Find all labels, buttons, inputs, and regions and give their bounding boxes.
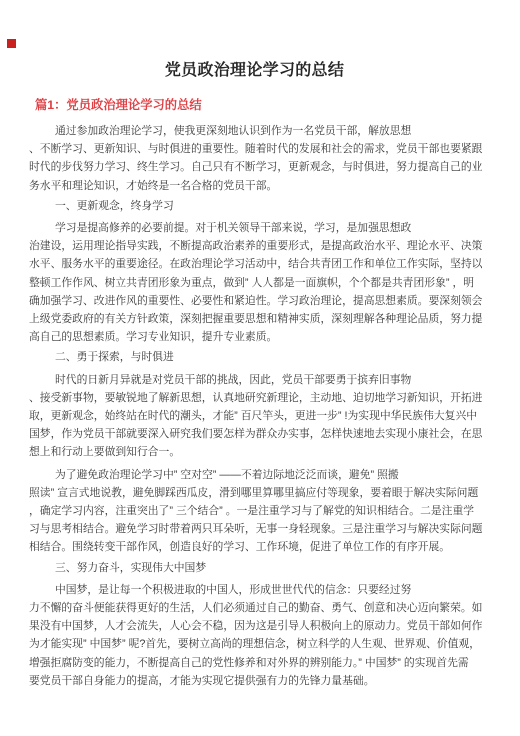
body-paragraph-1: 通过参加政治理论学习，使我更深刻地认识到作为一名党员干部，解放思想 、不断学习、… [29,122,480,195]
section-1-heading: 篇1：党员政治理论学习的总结 [35,96,480,115]
body-paragraph-5: 中国梦，是让每一个积极进取的中国人，形成世世代代的信念：只要经过努 力不懈的奋斗… [29,581,480,690]
body-subheading-2: 二、勇于探索，与时俱进 [29,348,480,366]
body-paragraph-2: 学习是提高修养的必要前提。对于机关领导干部来说，学习，是加强思想政 治建设，运用… [29,219,480,346]
page-title: 党员政治理论学习的总结 [29,58,480,83]
document-body: 通过参加政治理论学习，使我更深刻地认识到作为一名党员干部，解放思想 、不断学习、… [0,115,520,690]
body-paragraph-4: 为了避免政治理论学习中” 空对空” ——不着边际地泛泛而谈，避免” 照搬 照读”… [29,466,480,557]
body-paragraph-3: 时代的日新月异就是对党员干部的挑战，因此，党员干部要勇于摈弃旧事物 、接受新事物… [29,371,480,462]
body-subheading-3: 三、努力奋斗，实现伟大中国梦 [29,559,480,577]
body-subheading-1: 一、更新观念，终身学习 [29,197,480,215]
document-page: 党员政治理论学习的总结 篇1：党员政治理论学习的总结 通过参加政治理论学习，使我… [0,0,520,736]
red-square-marker-icon [7,39,16,48]
